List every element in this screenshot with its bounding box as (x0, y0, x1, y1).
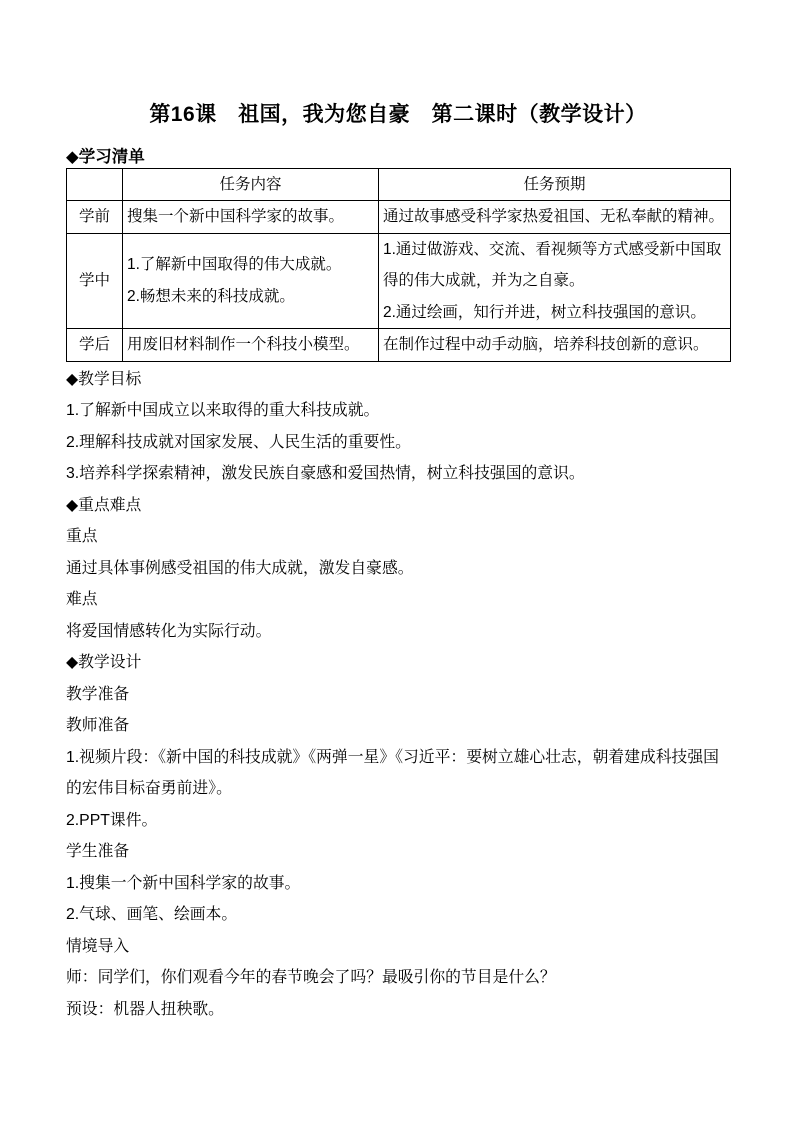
task-expectation-cell: 1.通过做游戏、交流、看视频等方式感受新中国取得的伟大成就，并为之自豪。 2.通… (379, 233, 731, 329)
subheading-situation-introduction: 情境导入 (66, 931, 730, 963)
objective-item-2: 2.理解科技成就对国家发展、人民生活的重要性。 (66, 427, 730, 459)
difficult-point-label: 难点 (66, 584, 730, 616)
task-expectation-line: 在制作过程中动手动脑，培养科技创新的意识。 (383, 329, 726, 361)
expected-answer-line: 预设：机器人扭秧歌。 (66, 994, 730, 1026)
document-title: 第16课 祖国，我为您自豪 第二课时（教学设计） (66, 100, 730, 130)
key-point-label: 重点 (66, 521, 730, 553)
key-point-text: 通过具体事例感受祖国的伟大成就，激发自豪感。 (66, 553, 730, 585)
table-header-row: 任务内容 任务预期 (67, 169, 731, 201)
difficult-point-text: 将爱国情感转化为实际行动。 (66, 616, 730, 648)
task-expectation-line: 通过故事感受科学家热爱祖国、无私奉献的精神。 (383, 201, 726, 233)
table-row-before-class: 学前 搜集一个新中国科学家的故事。 通过故事感受科学家热爱祖国、无私奉献的精神。 (67, 201, 731, 234)
subheading-teacher-preparation: 教师准备 (66, 710, 730, 742)
stage-cell: 学后 (67, 329, 123, 362)
header-cell-task-expectation: 任务预期 (379, 169, 731, 201)
task-expectation-cell: 在制作过程中动手动脑，培养科技创新的意识。 (379, 329, 731, 362)
task-expectation-line: 1.通过做游戏、交流、看视频等方式感受新中国取得的伟大成就，并为之自豪。 (383, 234, 726, 297)
document-content: 第16课 祖国，我为您自豪 第二课时（教学设计） ◆学习清单 任务内容 任务预期… (66, 0, 730, 1025)
section-heading-teaching-design: ◆教学设计 (66, 647, 730, 679)
section-heading-key-difficult-points: ◆重点难点 (66, 490, 730, 522)
task-content-cell: 搜集一个新中国科学家的故事。 (123, 201, 379, 234)
subheading-teaching-preparation: 教学准备 (66, 679, 730, 711)
header-cell-task-content: 任务内容 (123, 169, 379, 201)
header-cell-stage (67, 169, 123, 201)
stage-cell: 学前 (67, 201, 123, 234)
stage-cell: 学中 (67, 233, 123, 329)
student-preparation-item-2: 2.气球、画笔、绘画本。 (66, 899, 730, 931)
subheading-student-preparation: 学生准备 (66, 836, 730, 868)
task-expectation-cell: 通过故事感受科学家热爱祖国、无私奉献的精神。 (379, 201, 731, 234)
objective-item-1: 1.了解新中国成立以来取得的重大科技成就。 (66, 395, 730, 427)
task-content-line: 2.畅想未来的科技成就。 (127, 281, 374, 313)
student-preparation-item-1: 1.搜集一个新中国科学家的故事。 (66, 868, 730, 900)
document-body: ◆教学目标 1.了解新中国成立以来取得的重大科技成就。 2.理解科技成就对国家发… (66, 364, 730, 1026)
section-heading-study-checklist: ◆学习清单 (66, 146, 730, 168)
task-content-cell: 1.了解新中国取得的伟大成就。 2.畅想未来的科技成就。 (123, 233, 379, 329)
task-content-cell: 用废旧材料制作一个科技小模型。 (123, 329, 379, 362)
table-row-during-class: 学中 1.了解新中国取得的伟大成就。 2.畅想未来的科技成就。 1.通过做游戏、… (67, 233, 731, 329)
teacher-preparation-item-2: 2.PPT课件。 (66, 805, 730, 837)
section-heading-teaching-objectives: ◆教学目标 (66, 364, 730, 396)
task-content-line: 搜集一个新中国科学家的故事。 (127, 201, 374, 233)
task-content-line: 用废旧材料制作一个科技小模型。 (127, 329, 374, 361)
objective-item-3: 3.培养科学探索精神，激发民族自豪感和爱国热情，树立科技强国的意识。 (66, 458, 730, 490)
table-row-after-class: 学后 用废旧材料制作一个科技小模型。 在制作过程中动手动脑，培养科技创新的意识。 (67, 329, 731, 362)
teacher-line: 师：同学们，你们观看今年的春节晚会了吗？最吸引你的节目是什么？ (66, 962, 730, 994)
task-content-line: 1.了解新中国取得的伟大成就。 (127, 249, 374, 281)
study-checklist-table: 任务内容 任务预期 学前 搜集一个新中国科学家的故事。 通过故事感受科学家热爱祖… (66, 168, 731, 362)
teacher-preparation-item-1: 1.视频片段：《新中国的科技成就》《两弹一星》《习近平：要树立雄心壮志，朝着建成… (66, 742, 730, 805)
document-page: 第16课 祖国，我为您自豪 第二课时（教学设计） ◆学习清单 任务内容 任务预期… (0, 0, 794, 1123)
task-expectation-line: 2.通过绘画，知行并进，树立科技强国的意识。 (383, 297, 726, 329)
